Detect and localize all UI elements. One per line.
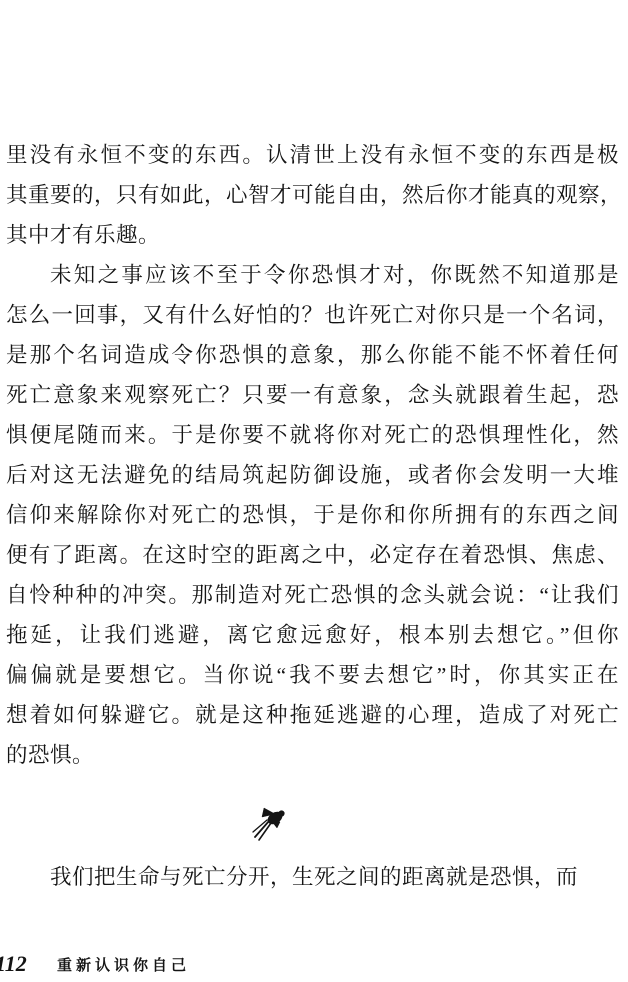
section-break — [6, 805, 619, 843]
book-title: 重新认识你自己 — [57, 956, 190, 976]
text-line: 拖延，让我们逃避，离它愈远愈好，根本别去想它。”但你 — [6, 615, 619, 655]
text-line: 怎么一回事，又有什么好怕的？也许死亡对你只是一个名词， — [6, 295, 619, 335]
paragraph-3: 我们把生命与死亡分开，生死之间的距离就是恐惧，而 — [6, 857, 619, 897]
text-line: 其中才有乐趣。 — [6, 215, 619, 255]
text-line: 其重要的，只有如此，心智才可能自由，然后你才能真的观察， — [6, 175, 619, 215]
text-line: 便有了距离。在这时空的距离之中，必定存在着恐惧、焦虑、 — [6, 535, 619, 575]
text-line: 偏偏就是要想它。当你说“我不要去想它”时，你其实正在 — [6, 655, 619, 695]
text-line: 我们把生命与死亡分开，生死之间的距离就是恐惧，而 — [6, 857, 619, 897]
text-line: 惧便尾随而来。于是你要不就将你对死亡的恐惧理性化，然 — [6, 415, 619, 455]
page-number: 112 — [0, 950, 27, 978]
text-line: 是那个名词造成令你恐惧的意象，那么你能不能不怀着任何 — [6, 335, 619, 375]
text-line: 死亡意象来观察死亡？只要一有意象，念头就跟着生起，恐 — [6, 375, 619, 415]
text-line: 想着如何躲避它。就是这种拖延逃避的心理，造成了对死亡 — [6, 695, 619, 735]
text-line: 的恐惧。 — [6, 735, 619, 775]
text-line: 里没有永恒不变的东西。认清世上没有永恒不变的东西是极 — [6, 135, 619, 175]
body-text: 里没有永恒不变的东西。认清世上没有永恒不变的东西是极 其重要的，只有如此，心智才… — [6, 135, 619, 897]
book-page: 里没有永恒不变的东西。认清世上没有永恒不变的东西是极 其重要的，只有如此，心智才… — [0, 0, 628, 982]
text-line: 未知之事应该不至于令你恐惧才对，你既然不知道那是 — [6, 255, 619, 295]
paragraph-2: 未知之事应该不至于令你恐惧才对，你既然不知道那是 怎么一回事，又有什么好怕的？也… — [6, 255, 619, 775]
text-line: 信仰来解除你对死亡的恐惧，于是你和你所拥有的东西之间 — [6, 495, 619, 535]
text-line: 后对这无法避免的结局筑起防御设施，或者你会发明一大堆 — [6, 455, 619, 495]
text-line: 自怜种种的冲突。那制造对死亡恐惧的念头就会说：“让我们 — [6, 575, 619, 615]
page-footer: 112 重新认识你自己 — [0, 950, 628, 980]
paragraph-1: 里没有永恒不变的东西。认清世上没有永恒不变的东西是极 其重要的，只有如此，心智才… — [6, 135, 619, 255]
dragonfly-ornament-icon — [249, 805, 293, 843]
